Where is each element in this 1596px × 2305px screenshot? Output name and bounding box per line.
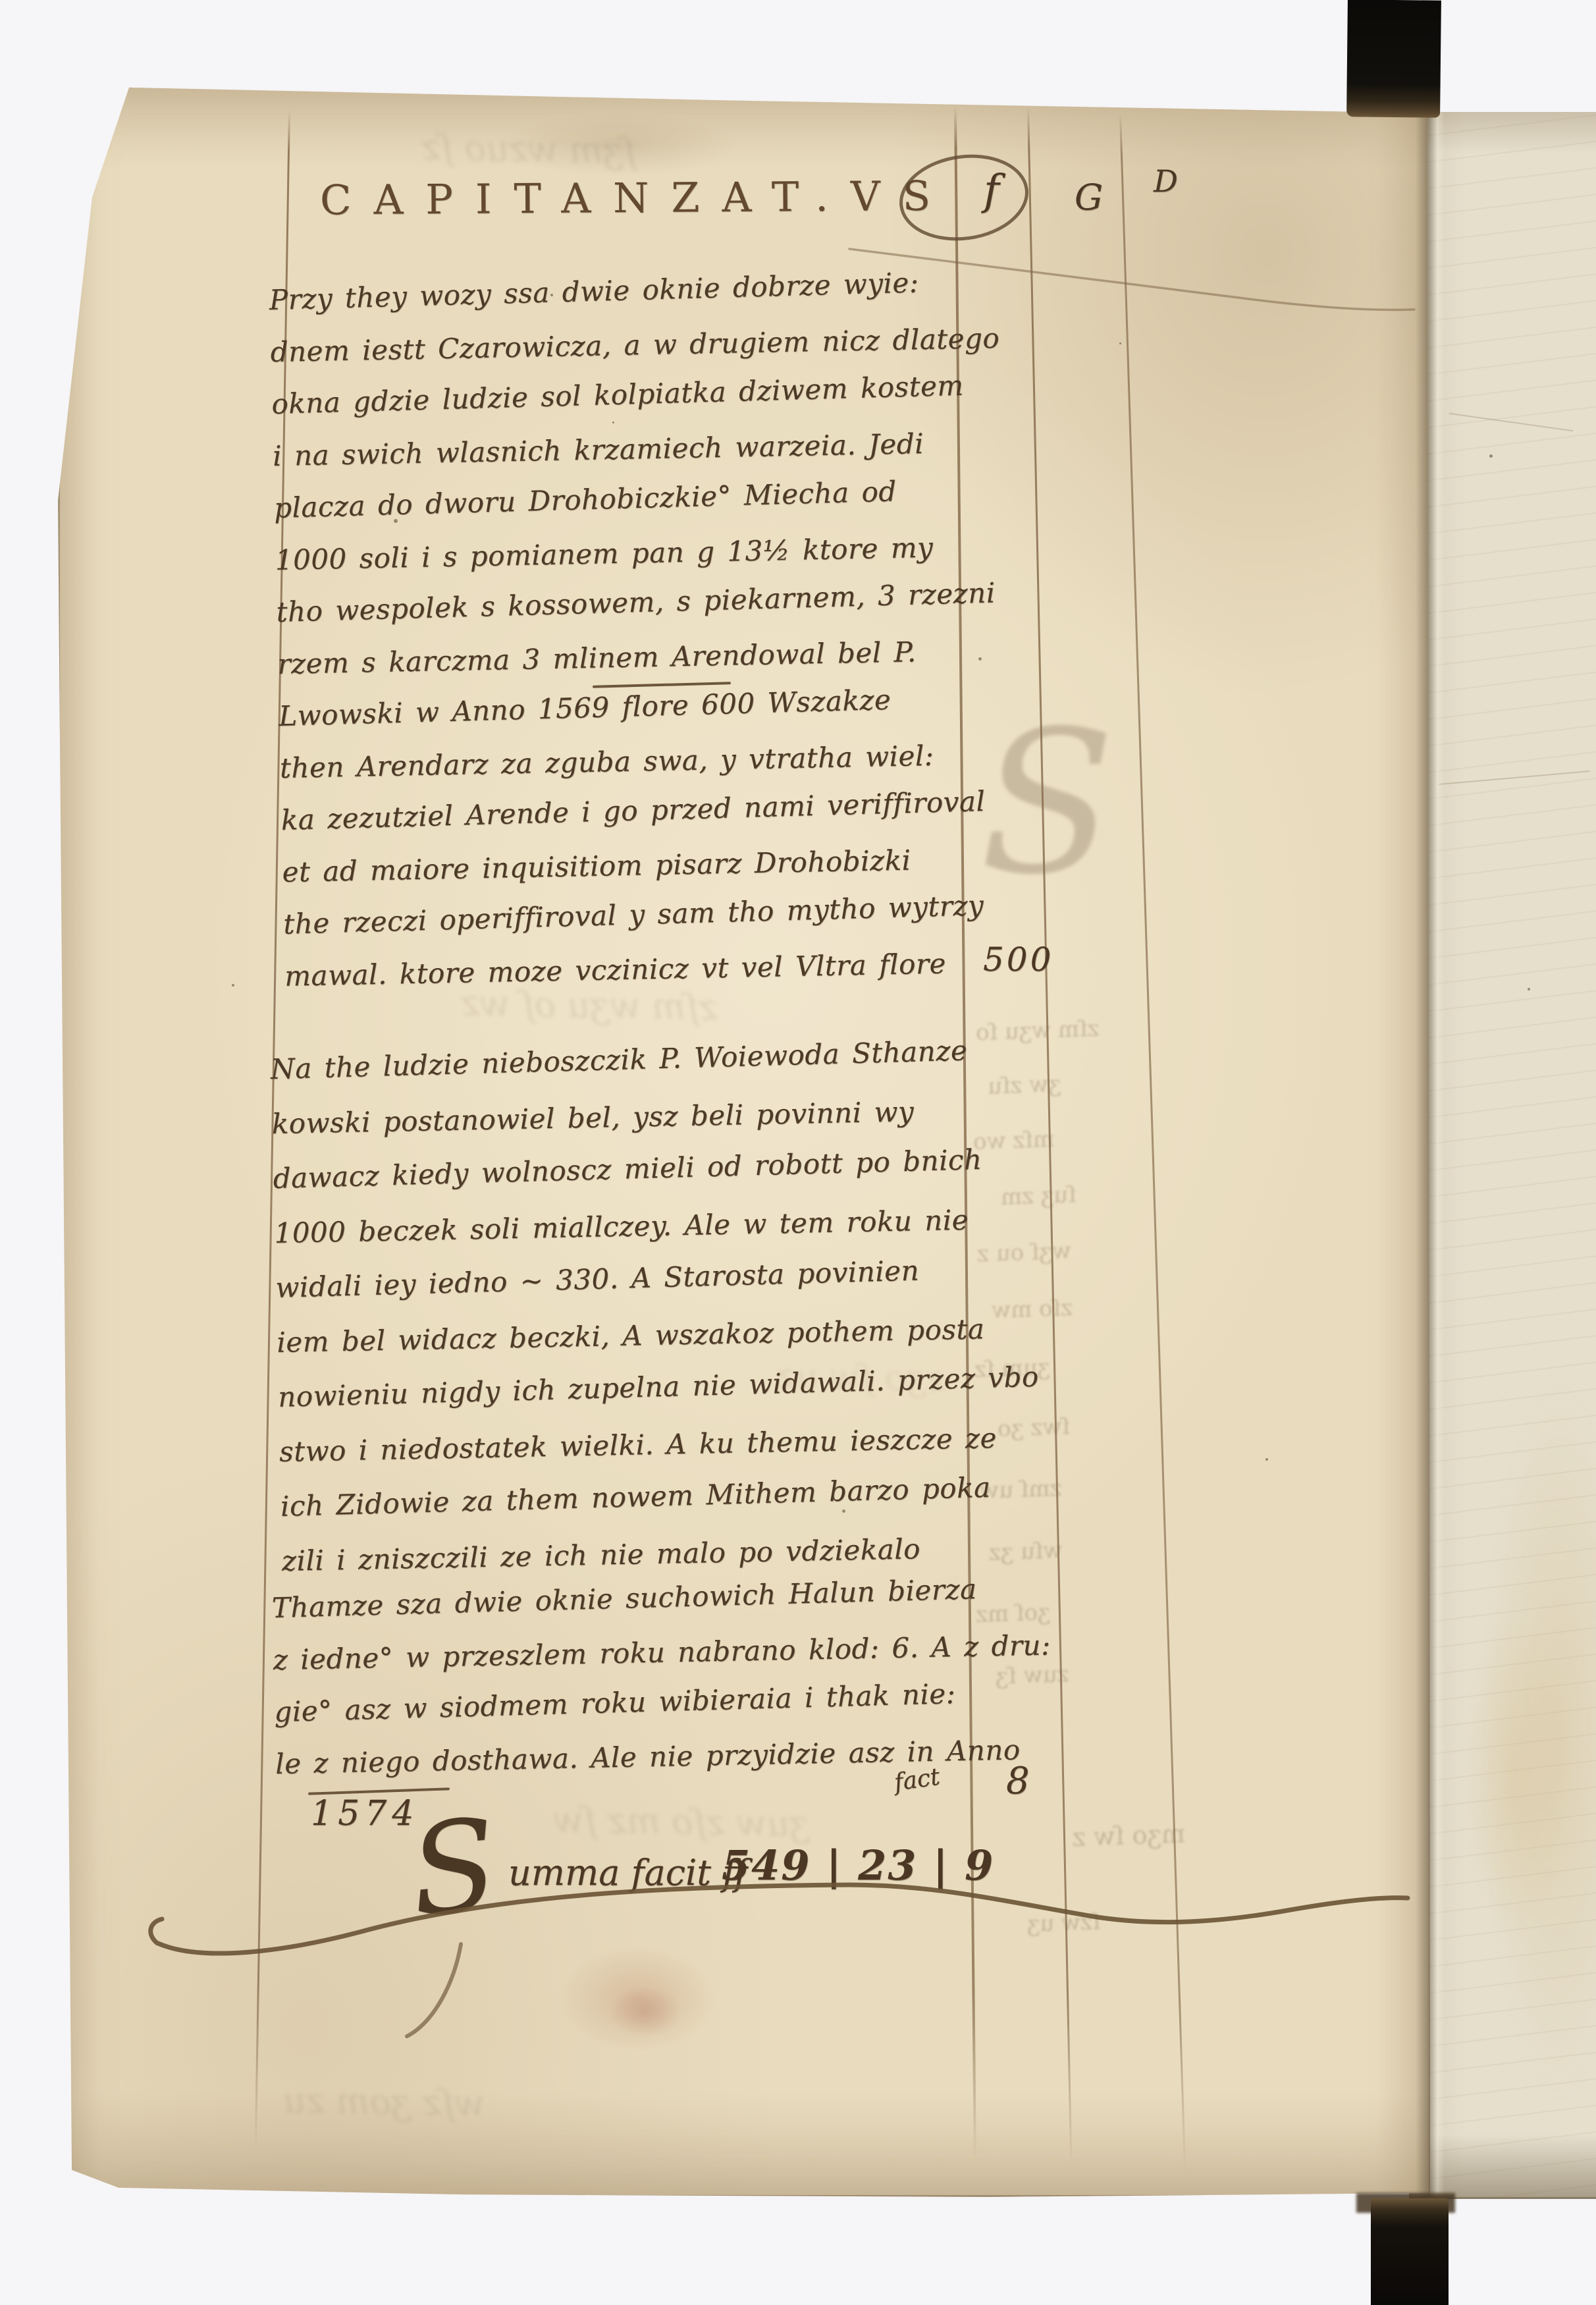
column-letter-f: f (984, 166, 999, 215)
paragraph-wojewoda: Na the ludzie nieboszczik P. Woiewoda St… (270, 1025, 1043, 1588)
page-gutter-groove (1416, 112, 1445, 2197)
binding-strap-bottom (1371, 2198, 1449, 2305)
summa-amount: 549 | 23 | 9 (722, 1841, 994, 1889)
summa-text: umma facit ff (508, 1852, 747, 1893)
bleedthrough-line: ʒuw zſo mz ſw (552, 1799, 810, 1845)
paragraph-arenda: Przy they wozy ssa dwie oknie dobrze wyi… (269, 258, 1014, 1002)
bleedthrough-line: ſʒm wzuo ſz (421, 126, 636, 172)
summa-initial-s: S (404, 1802, 502, 1936)
ink-speck (232, 984, 234, 987)
binding-strap-top (1346, 0, 1441, 118)
margin-value-8: 8 (1006, 1760, 1030, 1803)
ink-speck (1265, 1458, 1268, 1461)
bleedthrough-line: wſz ʒom zu (282, 2079, 485, 2124)
year-1574: 1574 (311, 1794, 419, 1833)
column-letter-g: G (1075, 176, 1103, 218)
column-letter-d: D (1154, 163, 1178, 199)
ink-speck (1489, 454, 1493, 458)
paragraph-halun: Thamze sza dwie oknie suchowich Halun bi… (271, 1564, 1053, 1790)
ink-speck (1119, 342, 1121, 344)
page-title-capitaneatus: CAPITANZAT.VS (320, 172, 953, 225)
bleedthrough-mark: ſzw uʒ (1026, 1909, 1101, 1938)
margin-value-500: 500 (983, 940, 1053, 979)
scanned-manuscript-page: ſʒm wzuo ſz S zſm wʒu oſ wz ʒuw zſo mz ſ… (0, 0, 1596, 2305)
ink-speck (1528, 988, 1530, 990)
